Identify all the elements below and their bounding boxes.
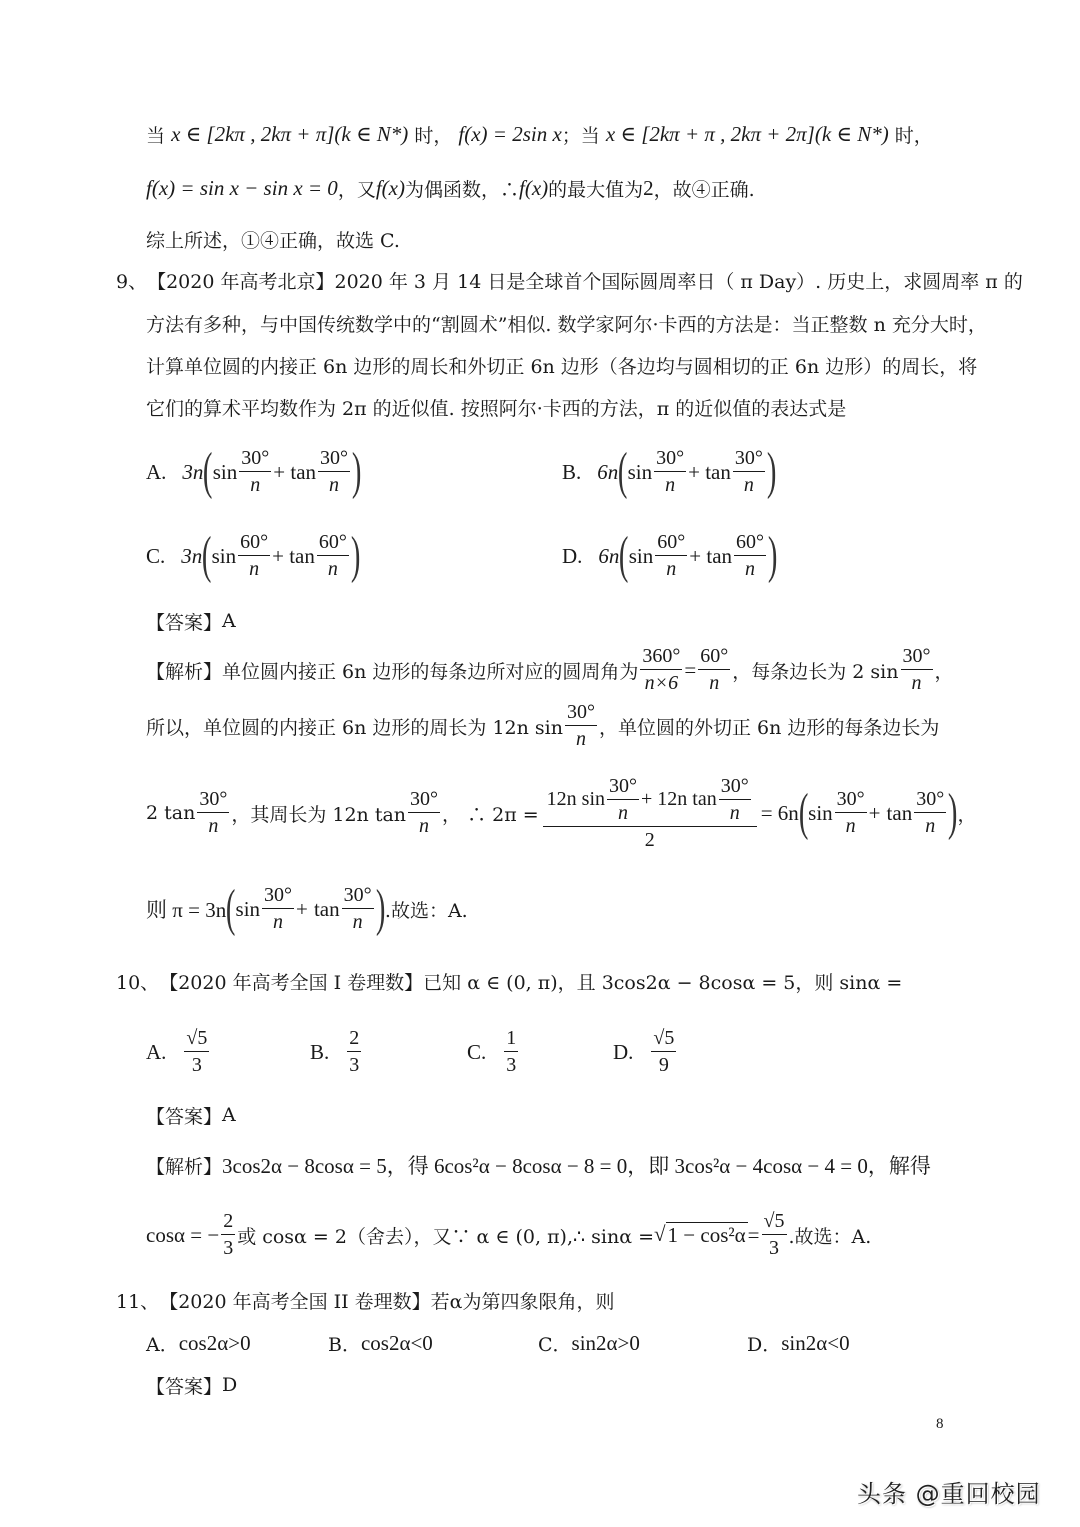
option-label: C． <box>538 1330 572 1357</box>
text: 时， <box>414 121 452 148</box>
num: 60° <box>238 532 270 556</box>
num: 30° <box>197 789 229 813</box>
num: 30° <box>262 885 294 909</box>
sqrt-sign-icon: √ <box>654 1222 666 1247</box>
text: ，每条边长为 2 sin <box>732 657 898 684</box>
question-stem: 计算单位圆的内接正 6n 边形的周长和外切正 6n 边形（各边均与圆相切的正 6… <box>146 352 977 379</box>
left-paren: ( <box>799 787 809 839</box>
q8-line-1: 当 x ∈ [2kπ , 2kπ + π](k ∈ N*) 时， f(x) = … <box>146 116 933 152</box>
option-label: A. <box>146 460 166 485</box>
q9-stem-line-4: 它们的算术平均数作为 2π 的近似值. 按照阿尔·卡西的方法，π 的近似值的表达… <box>146 393 846 421</box>
num: 60° <box>317 532 349 556</box>
fraction: 60°n <box>238 532 270 580</box>
q9-answer: 【答案】 A <box>146 608 236 634</box>
num: 30° <box>835 789 867 813</box>
left-paren: ( <box>226 883 236 935</box>
big-fraction-den: 2 <box>645 827 655 851</box>
right-paren: ) <box>768 530 778 582</box>
num: 30° <box>607 776 639 800</box>
text: 时， <box>895 121 933 148</box>
fraction: 23 <box>347 1028 361 1076</box>
question-source: 【2020 年高考北京】 <box>147 267 334 294</box>
answer-label: 【答案】 <box>146 1372 222 1399</box>
fraction: 30°n <box>408 789 440 837</box>
den: 3 <box>192 1052 202 1076</box>
den: n <box>912 670 922 694</box>
fn: sin <box>808 801 833 826</box>
fn: sin <box>628 460 653 485</box>
num: 30° <box>342 885 374 909</box>
q10-analysis-line-1: 【解析】 3cos2α − 8cosα = 5，得 6cos²α − 8cosα… <box>146 1150 931 1180</box>
num: √5 <box>651 1028 676 1052</box>
q10-answer: 【答案】 A <box>146 1102 236 1128</box>
op: + <box>296 897 308 922</box>
text: ，又 <box>338 175 376 202</box>
question-source: 【2020 年高考全国 I 卷理数】 <box>159 968 423 995</box>
den: n <box>846 813 856 837</box>
q11-option-d[interactable]: D． sin2α<0 <box>747 1330 850 1356</box>
den: 3 <box>769 1235 779 1259</box>
den: 9 <box>659 1052 669 1076</box>
num: 30° <box>239 448 271 472</box>
question-stem: 方法有多种，与中国传统数学中的“割圆术”相似. 数学家阿尔·卡西的方法是：当正整… <box>146 310 987 337</box>
num: 60° <box>734 532 766 556</box>
question-source: 【2020 年高考全国 II 卷理数】 <box>159 1287 430 1314</box>
left-paren: ( <box>618 446 628 498</box>
den: n <box>328 556 338 580</box>
question-number: 10、 <box>116 968 159 995</box>
q10-option-c[interactable]: C. 13 <box>467 1024 520 1080</box>
fraction: 30°n <box>262 885 294 933</box>
fraction: 30°n <box>835 789 867 837</box>
math: x ∈ [2kπ , 2kπ + π](k ∈ N*) <box>171 122 408 147</box>
right-paren: ) <box>767 446 777 498</box>
den: n <box>576 726 586 750</box>
analysis-label: 【解析】 <box>146 1152 222 1179</box>
text: 当 <box>146 121 165 148</box>
text: 3cos2α − 8cosα = 5，得 6cos²α − 8cosα − 8 … <box>222 1150 931 1180</box>
math: f(x) = 2sin x <box>458 122 561 147</box>
option-label: D． <box>747 1330 781 1357</box>
fn: tan <box>706 544 732 569</box>
fraction: √59 <box>651 1028 676 1076</box>
num: 30° <box>318 448 350 472</box>
q11-option-a[interactable]: A． cos2α>0 <box>146 1330 251 1356</box>
math: f(x) <box>376 176 405 201</box>
option-label: B. <box>562 460 581 485</box>
right-paren: ) <box>948 787 958 839</box>
fraction: 30°n <box>719 776 751 824</box>
den: n <box>925 813 935 837</box>
den: n <box>744 472 754 496</box>
q9-analysis-line-2: 所以，单位圆的内接正 6n 边形的周长为 12n sin 30°n ，单位圆的外… <box>146 696 939 756</box>
text: 综上所述，①④正确，故选 C. <box>146 226 400 253</box>
num: 1 <box>504 1028 518 1052</box>
text: 为偶函数，∴ <box>405 175 519 202</box>
q9-analysis-line-4: 则 π = 3n ( sin 30°n + tan 30°n ) .故选：A. <box>146 876 468 942</box>
op: = <box>684 658 696 683</box>
fraction: 30°n <box>914 789 946 837</box>
fraction: 60°n <box>317 532 349 580</box>
text: 2 tan <box>146 802 195 824</box>
q9-stem-line-2: 方法有多种，与中国传统数学中的“割圆术”相似. 数学家阿尔·卡西的方法是：当正整… <box>146 309 987 337</box>
left-paren: ( <box>202 530 212 582</box>
q11-option-b[interactable]: B． cos2α<0 <box>328 1330 433 1356</box>
text: .故选：A. <box>385 896 468 923</box>
option-text: sin2α<0 <box>781 1331 849 1356</box>
q8-line-2: f(x) = sin x − sin x = 0 ，又 f(x) 为偶函数，∴ … <box>146 170 755 206</box>
question-number: 9、 <box>116 267 147 294</box>
question-stem: 它们的算术平均数作为 2π 的近似值. 按照阿尔·卡西的方法，π 的近似值的表达… <box>146 394 846 421</box>
watermark: 头条 @重回校园 <box>857 1474 1041 1509</box>
text: ，单位圆的外切正 6n 边形的每条边长为 <box>599 713 939 740</box>
fraction: 30°n <box>197 789 229 837</box>
text: 或 cosα = 2（舍去），又∵ α ∈ (0, π),∴ sinα = <box>237 1222 654 1249</box>
fraction: 30°n <box>607 776 639 824</box>
question-stem: 2020 年 3 月 14 日是全球首个国际圆周率日（ π Day）. 历史上，… <box>335 267 1023 294</box>
text: ， ∴ 2π = <box>442 800 539 827</box>
den: 3 <box>223 1235 233 1259</box>
q9-stem-line-3: 计算单位圆的内接正 6n 边形的周长和外切正 6n 边形（各边均与圆相切的正 6… <box>146 351 977 379</box>
sqrt: √1 − cos²α <box>654 1222 748 1248</box>
den: n <box>329 472 339 496</box>
coef: 6n <box>597 460 618 485</box>
text: ，故④正确. <box>654 175 755 202</box>
num: 30° <box>733 448 765 472</box>
answer-value: A <box>222 1104 236 1126</box>
op: + <box>273 460 285 485</box>
coef: 3n <box>181 544 202 569</box>
big-fraction-num: 12n sin 30°n + 12n tan 30°n <box>543 776 757 827</box>
num: 30° <box>565 702 597 726</box>
coef: 3n <box>182 460 203 485</box>
fn: sin <box>236 897 261 922</box>
num: 30° <box>654 448 686 472</box>
den: n <box>709 670 719 694</box>
option-text: sin2α>0 <box>572 1331 640 1356</box>
coef: 6n <box>598 544 619 569</box>
fraction: √53 <box>184 1028 209 1076</box>
fn: tan <box>887 801 913 826</box>
den: n <box>208 813 218 837</box>
text: cosα = − <box>146 1223 219 1248</box>
option-label: D. <box>613 1040 633 1065</box>
den: n <box>273 909 283 933</box>
num: 2 <box>347 1028 361 1052</box>
q8-conclusion: 综上所述，①④正确，故选 C. <box>146 226 400 252</box>
text: 单位圆内接正 6n 边形的每条边所对应的圆周角为 <box>222 657 638 684</box>
num: 2 <box>221 1211 235 1235</box>
fn: tan <box>314 897 340 922</box>
text: + 12n tan <box>641 789 717 810</box>
op: = <box>748 1223 760 1248</box>
num: √5 <box>184 1028 209 1052</box>
left-paren: ( <box>203 446 213 498</box>
option-label: D. <box>562 544 582 569</box>
den: n <box>419 813 429 837</box>
q9-stem-line-1: 9、 【2020 年高考北京】 2020 年 3 月 14 日是全球首个国际圆周… <box>116 266 1023 294</box>
fraction: 30°n <box>654 448 686 496</box>
q10-option-b[interactable]: B. 23 <box>310 1024 363 1080</box>
den: n <box>618 800 628 824</box>
radicand: 1 − cos²α <box>666 1222 748 1248</box>
den: n <box>249 556 259 580</box>
option-label: B. <box>310 1040 329 1065</box>
num: √5 <box>762 1211 787 1235</box>
q10-option-a[interactable]: A. √53 <box>146 1024 211 1080</box>
q11-answer: 【答案】 D <box>146 1372 237 1398</box>
q10-option-d[interactable]: D. √59 <box>613 1024 678 1080</box>
question-number: 11、 <box>116 1287 159 1314</box>
math: f(x) = sin x − sin x = 0 <box>146 176 338 201</box>
page-number: 8 <box>936 1416 944 1433</box>
option-label: C. <box>467 1040 486 1065</box>
den: n <box>250 472 260 496</box>
text: = 6n <box>761 801 799 826</box>
q9-option-a[interactable]: A. 3n ( sin 30°n + tan 30°n ) <box>146 440 361 504</box>
option-label: A. <box>146 1040 166 1065</box>
text: ， <box>958 800 977 827</box>
text: .故选：A. <box>789 1222 872 1249</box>
den: 3 <box>506 1052 516 1076</box>
den: n <box>353 909 363 933</box>
option-label: B． <box>328 1330 361 1357</box>
left-paren: ( <box>619 530 629 582</box>
question-stem: 已知 α ∈ (0, π)，且 3cos2α − 8cosα = 5，则 sin… <box>423 968 902 995</box>
fraction: 60°n <box>698 646 730 694</box>
answer-value: A <box>222 610 236 632</box>
answer-label: 【答案】 <box>146 608 222 635</box>
text: 所以，单位圆的内接正 6n 边形的周长为 12n sin <box>146 713 563 740</box>
text: ，其周长为 12n tan <box>231 800 406 827</box>
fraction: 30°n <box>239 448 271 496</box>
option-label: A． <box>146 1330 179 1357</box>
num: 30° <box>408 789 440 813</box>
fn: sin <box>212 544 237 569</box>
den: 3 <box>349 1052 359 1076</box>
fraction: 60°n <box>655 532 687 580</box>
right-paren: ) <box>375 883 385 935</box>
op: + <box>688 460 700 485</box>
text: 的最大值为 <box>548 175 643 202</box>
fn: sin <box>629 544 654 569</box>
answer-label: 【答案】 <box>146 1102 222 1129</box>
q9-option-b[interactable]: B. 6n ( sin 30°n + tan 30°n ) <box>562 440 776 504</box>
q9-option-d[interactable]: D. 6n ( sin 60°n + tan 60°n ) <box>562 524 777 588</box>
q10-analysis-line-2: cosα = − 23 或 cosα = 2（舍去），又∵ α ∈ (0, π)… <box>146 1206 871 1264</box>
right-paren: ) <box>352 446 362 498</box>
op: + <box>869 801 881 826</box>
fraction: 30°n <box>342 885 374 933</box>
big-fraction: 12n sin 30°n + 12n tan 30°n 2 <box>543 776 757 851</box>
option-text: cos2α<0 <box>361 1331 433 1356</box>
math: f(x) <box>519 176 548 201</box>
fraction: 13 <box>504 1028 518 1076</box>
fraction: 30°n <box>318 448 350 496</box>
math: x ∈ [2kπ + π , 2kπ + 2π](k ∈ N*) <box>606 122 889 147</box>
fraction: 30°n <box>901 646 933 694</box>
text: 则 π = 3n <box>146 894 226 924</box>
text: ， <box>935 657 954 684</box>
num: 60° <box>698 646 730 670</box>
q9-option-c[interactable]: C. 3n ( sin 60°n + tan 60°n ) <box>146 524 360 588</box>
op: + <box>272 544 284 569</box>
num: 30° <box>719 776 751 800</box>
text: ；当 <box>562 121 600 148</box>
q11-stem: 11、 【2020 年高考全国 II 卷理数】 若α为第四象限角，则 <box>116 1286 615 1314</box>
num: 60° <box>655 532 687 556</box>
den: n <box>730 800 740 824</box>
fraction: 60°n <box>734 532 766 580</box>
q11-option-c[interactable]: C． sin2α>0 <box>538 1330 640 1356</box>
fn: tan <box>290 460 316 485</box>
fn: tan <box>705 460 731 485</box>
den: n <box>745 556 755 580</box>
den: n <box>665 472 675 496</box>
fn: tan <box>289 544 315 569</box>
math: 2 <box>643 176 654 201</box>
analysis-label: 【解析】 <box>146 657 222 684</box>
fn: sin <box>213 460 238 485</box>
fraction: 30°n <box>733 448 765 496</box>
fraction: 23 <box>221 1211 235 1259</box>
den: n×6 <box>645 670 679 694</box>
num: 360° <box>640 646 682 670</box>
fraction: 30°n <box>565 702 597 750</box>
fraction: √53 <box>762 1211 787 1259</box>
fraction: 360°n×6 <box>640 646 682 694</box>
den: n <box>666 556 676 580</box>
q9-analysis-line-1: 【解析】 单位圆内接正 6n 边形的每条边所对应的圆周角为 360°n×6 = … <box>146 640 954 700</box>
q10-stem: 10、 【2020 年高考全国 I 卷理数】 已知 α ∈ (0, π)，且 3… <box>116 966 902 996</box>
answer-value: D <box>222 1374 237 1396</box>
option-label: C. <box>146 544 165 569</box>
right-paren: ) <box>351 530 361 582</box>
num: 30° <box>901 646 933 670</box>
q9-analysis-line-3: 2 tan 30°n ，其周长为 12n tan 30°n ， ∴ 2π = 1… <box>146 768 977 858</box>
question-stem: 若α为第四象限角，则 <box>431 1287 615 1314</box>
option-text: cos2α>0 <box>179 1331 251 1356</box>
num: 30° <box>914 789 946 813</box>
text: 12n sin <box>547 789 605 810</box>
op: + <box>689 544 701 569</box>
